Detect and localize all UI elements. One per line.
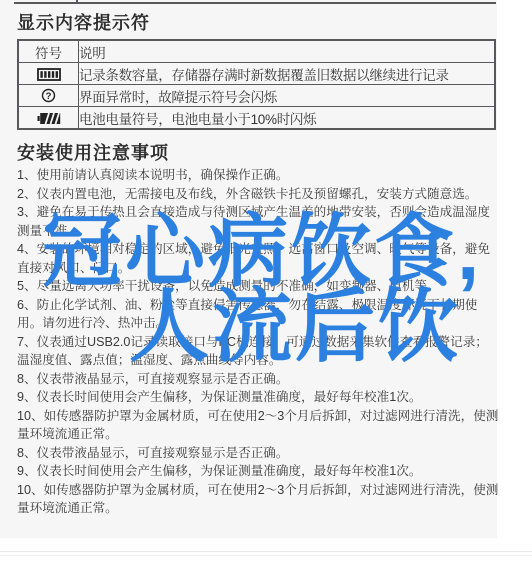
note-item-1: 1、使用前请认真阅读本说明书，确保操作正确。 (17, 166, 499, 185)
section-title-display-prompts: 显示内容提示符 (17, 9, 150, 35)
watermark-text-line1: 冠心病饮食, (42, 212, 482, 292)
page-bottom-divider-light (0, 555, 532, 556)
note-item-10: 10、如传感器防护罩为金属材质，可在使用2～3个月后拆卸，对过滤网进行清洗，使测… (17, 407, 499, 444)
memory-capacity-icon (37, 68, 61, 81)
previous-table-column-divider (76, 0, 78, 2)
table-cell-description: 记录条数容量，存储器存满时新数据覆盖旧数据以继续进行记录 (79, 63, 496, 85)
note-item-10-repeat: 10、如传感器防护罩为金属材质，可在使用2～3个月后拆卸，对过滤网进行清洗，使测… (17, 481, 499, 518)
table-cell-description: 界面异常时，故障提示符号会闪烁 (79, 85, 496, 107)
table-cell-description: 电池电量符号，电池电量小于10%时闪烁 (79, 107, 496, 130)
note-item-2: 2、仪表内置电池，无需接电及布线，外含磁铁卡托及预留螺孔，安装方式随意选。 (17, 185, 499, 204)
table-row: 电池电量符号，电池电量小于10%时闪烁 (18, 107, 495, 130)
watermark-text-line2: 人流后饮 (129, 287, 461, 367)
header-description: 说明 (79, 40, 496, 63)
table-row: 记录条数容量，存储器存满时新数据覆盖旧数据以继续进行记录 (18, 63, 495, 85)
battery-level-icon (37, 112, 61, 125)
note-item-8: 8、仪表带液晶显示，可直接观察显示是否正确。 (17, 370, 499, 389)
section-title-install-notes: 安装使用注意事项 (17, 139, 169, 165)
table-row: ? 界面异常时，故障提示符号会闪烁 (18, 85, 495, 107)
previous-table-bottom-border (14, 2, 496, 4)
symbol-description-table: 符号 说明 记录条数容量，存储器存满时新数据覆盖旧数据以继续进行记录 (17, 39, 496, 130)
note-item-9-repeat: 9、仪表长时间使用会产生偏移，为保证测量准确度，最好每年校准1次。 (17, 462, 499, 481)
header-symbol: 符号 (18, 40, 79, 63)
fault-question-icon: ? (41, 88, 56, 103)
svg-text:?: ? (46, 91, 52, 102)
table-header-row: 符号 说明 (18, 40, 495, 63)
note-item-9: 9、仪表长时间使用会产生偏移，为保证测量准确度，最好每年校准1次。 (17, 388, 499, 407)
note-item-8-repeat: 8、仪表带液晶显示，可直接观察显示是否正确。 (17, 444, 499, 463)
page-bottom-divider (0, 551, 532, 552)
